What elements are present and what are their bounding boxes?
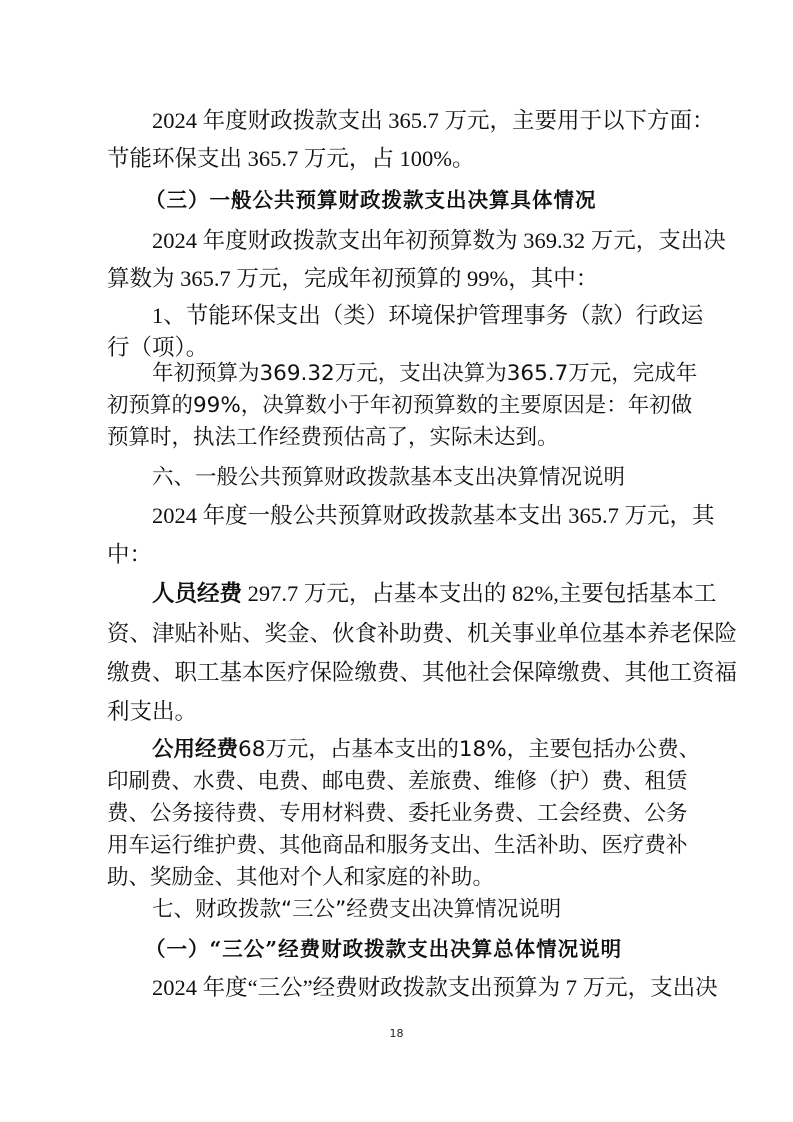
text-line: 节能环保支出 365.7 万元，占 100%。 <box>107 145 475 173</box>
text-line: 年初预算为369.32万元，支出决算为365.7万元，完成年 <box>107 360 697 388</box>
line-text: （一）“三公”经费财政拨款支出决算总体情况说明 <box>145 937 622 961</box>
line-text: 初预算的99%，决算数小于年初预算数的主要原因是：年初做 <box>107 393 692 418</box>
text-line: 2024 年度财政拨款支出 365.7 万元，主要用于以下方面： <box>107 107 715 135</box>
text-line: 资、津贴补贴、奖金、伙食补助费、机关事业单位基本养老保险 <box>107 620 737 648</box>
text-line: 公用经费68万元，占基本支出的18%，主要包括办公费、 <box>107 736 700 764</box>
line-text: 行（项）。 <box>107 335 208 360</box>
line-text: 资、津贴补贴、奖金、伙食补助费、机关事业单位基本养老保险 <box>107 621 737 646</box>
line-text: 297.7 万元，占基本支出的 82%,主要包括基本工 <box>242 581 716 606</box>
line-text: 用车运行维护费、其他商品和服务支出、生活补助、医疗费补 <box>107 833 688 858</box>
bold-label: 公用经费 <box>152 737 238 762</box>
line-text: 六、一般公共预算财政拨款基本支出决算情况说明 <box>152 465 625 490</box>
line-text: 节能环保支出 365.7 万元，占 100%。 <box>107 146 475 171</box>
text-line: 缴费、职工基本医疗保险缴费、其他社会保障缴费、其他工资福 <box>107 659 737 687</box>
text-line: 六、一般公共预算财政拨款基本支出决算情况说明 <box>107 464 625 492</box>
line-text: 年初预算为369.32万元，支出决算为365.7万元，完成年 <box>152 361 697 386</box>
text-line: 算数为 365.7 万元，完成年初预算的 99%，其中： <box>107 265 598 293</box>
line-text: 助、奖励金、其他对个人和家庭的补助。 <box>107 865 494 890</box>
line-text: 1、节能环保支出（类）环境保护管理事务（款）行政运 <box>152 303 703 328</box>
line-text: 利支出。 <box>107 699 197 724</box>
line-text: 68万元，占基本支出的18%，主要包括办公费、 <box>238 737 700 762</box>
text-line: （一）“三公”经费财政拨款支出决算总体情况说明 <box>107 935 622 963</box>
line-text: （三）一般公共预算财政拨款支出决算具体情况 <box>145 188 597 212</box>
line-text: 预算时，执法工作经费预估高了，实际未达到。 <box>107 425 559 450</box>
text-line: 七、财政拨款“三公”经费支出决算情况说明 <box>107 896 561 924</box>
line-text: 2024 年度财政拨款支出年初预算数为 369.32 万元，支出决 <box>152 228 726 253</box>
text-line: 2024 年度一般公共预算财政拨款基本支出 365.7 万元，其 <box>107 502 715 530</box>
text-line: 行（项）。 <box>107 334 208 362</box>
text-line: 用车运行维护费、其他商品和服务支出、生活补助、医疗费补 <box>107 832 688 860</box>
text-line: 人员经费 297.7 万元，占基本支出的 82%,主要包括基本工 <box>107 580 716 608</box>
text-line: 利支出。 <box>107 698 197 726</box>
text-line: 中： <box>107 541 152 569</box>
line-text: 算数为 365.7 万元，完成年初预算的 99%，其中： <box>107 266 598 291</box>
text-line: （三）一般公共预算财政拨款支出决算具体情况 <box>107 186 597 214</box>
text-line: 1、节能环保支出（类）环境保护管理事务（款）行政运 <box>107 302 703 330</box>
text-line: 费、公务接待费、专用材料费、委托业务费、工会经费、公务 <box>107 800 688 828</box>
line-text: 印刷费、水费、电费、邮电费、差旅费、维修（护）费、租赁 <box>107 769 688 794</box>
text-line: 2024 年度“三公”经费财政拨款支出预算为 7 万元，支出决 <box>107 974 718 1002</box>
line-text: 2024 年度一般公共预算财政拨款基本支出 365.7 万元，其 <box>152 503 715 528</box>
text-line: 印刷费、水费、电费、邮电费、差旅费、维修（护）费、租赁 <box>107 768 688 796</box>
line-text: 七、财政拨款“三公”经费支出决算情况说明 <box>152 897 561 922</box>
line-text: 2024 年度“三公”经费财政拨款支出预算为 7 万元，支出决 <box>152 975 718 1000</box>
line-text: 缴费、职工基本医疗保险缴费、其他社会保障缴费、其他工资福 <box>107 660 737 685</box>
line-text: 费、公务接待费、专用材料费、委托业务费、工会经费、公务 <box>107 801 688 826</box>
text-line: 初预算的99%，决算数小于年初预算数的主要原因是：年初做 <box>107 392 692 420</box>
text-line: 助、奖励金、其他对个人和家庭的补助。 <box>107 864 494 892</box>
line-text: 2024 年度财政拨款支出 365.7 万元，主要用于以下方面： <box>152 108 715 133</box>
bold-label: 人员经费 <box>152 581 242 607</box>
page-number: 18 <box>0 1027 793 1040</box>
text-line: 预算时，执法工作经费预估高了，实际未达到。 <box>107 424 559 452</box>
line-text: 中： <box>107 542 152 567</box>
text-line: 2024 年度财政拨款支出年初预算数为 369.32 万元，支出决 <box>107 227 726 255</box>
